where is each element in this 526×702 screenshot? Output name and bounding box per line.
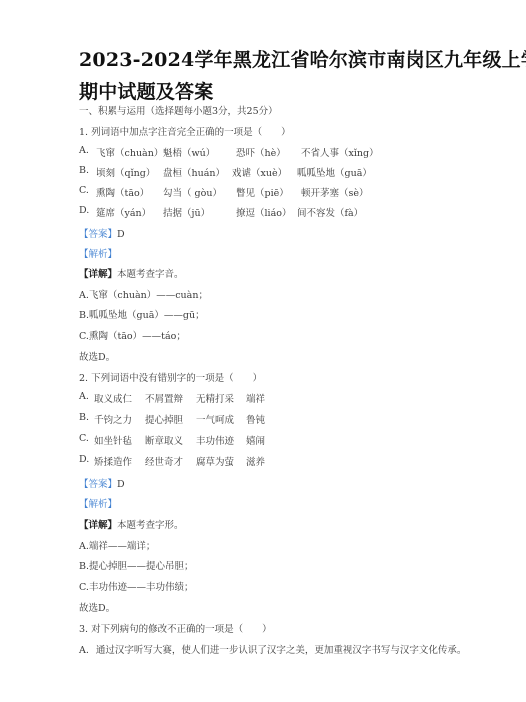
question-1-conclusion: 故选D。 [79,349,115,363]
option-item: 熏陶（tāo） [96,185,149,199]
question-2-answer: 【答案】D [79,476,125,490]
option-item: 提心掉胆 [145,412,183,426]
option-item: 取义成仁 [94,391,132,405]
option-item: 无精打采 [196,391,234,405]
option-label: A. [79,645,89,656]
question-1-answer: 【答案】D [79,226,125,240]
question-1-explanation-a: A.飞窜（chuàn）——cuàn； [79,287,208,301]
option-item: 矫揉造作 [94,454,132,468]
option-item: 丰功伟迹 [196,433,234,447]
detail-text: 本题考查字音。 [117,269,184,280]
question-2-stem: 2. 下列词语中没有错别字的一项是（ ） [79,370,262,384]
option-label: D. [79,454,89,465]
option-item: 嬉闹 [246,433,265,447]
option-label: C. [79,185,89,196]
answer-label: 【答案】 [79,229,117,240]
option-item: 不省人事（xǐng） [301,145,379,159]
question-1-stem: 1. 列词语中加点字注音完全正确的一项是（ ） [79,124,291,138]
option-label: C. [79,433,89,444]
document-title-line-1: 2023-2024学年黑龙江省哈尔滨市南岗区九年级上学期语文 [79,45,526,72]
option-label: A. [79,145,89,156]
option-item: 千钧之力 [94,412,132,426]
option-item: 呱呱坠地（guā） [297,165,372,179]
option-item: 鲁钝 [246,412,265,426]
option-item: 恐吓（hè） [236,145,286,159]
section-heading: 一、积累与运用（选择题每小题3分，共25分） [79,103,278,117]
option-label: B. [79,165,89,176]
question-1-analysis-label: 【解析】 [79,246,117,260]
option-item: 魁梧（wú） [163,145,215,159]
option-item: 腐草为萤 [196,454,234,468]
option-item: 断章取义 [145,433,183,447]
option-text: 通过汉字听写大赛，使人们进一步认识了汉字之美，更加重视汉字书写与汉字文化传承。 [96,645,467,656]
question-2-explanation-c: C.丰功伟迹——丰功伟绩； [79,579,193,593]
question-2-analysis-label: 【解析】 [79,496,117,510]
document-page: 2023-2024学年黑龙江省哈尔滨市南岗区九年级上学期语文 期中试题及答案 一… [0,0,526,702]
question-3-option-a: A. 通过汉字听写大赛，使人们进一步认识了汉字之美，更加重视汉字书写与汉字文化传… [79,642,466,656]
answer-value: D [117,229,125,240]
option-item: 筵席（yán） [96,205,151,219]
option-label: A. [79,391,89,402]
question-2-conclusion: 故选D。 [79,600,115,614]
question-1-detail: 【详解】本题考查字音。 [79,266,184,280]
detail-label: 【详解】 [79,269,117,280]
option-item: 瞥见（piē） [236,185,289,199]
answer-value: D [117,479,125,490]
option-item: 戏谑（xuè） [232,165,287,179]
detail-label: 【详解】 [79,520,117,531]
option-item: 盘桓（huán） [163,165,225,179]
option-item: 勾当（ gòu） [163,185,222,199]
option-label: D. [79,205,89,216]
option-item: 拮据（jū） [163,205,210,219]
option-item: 间不容发（fà） [297,205,363,219]
option-item: 经世奇才 [145,454,183,468]
option-item: 顿开茅塞（sè） [301,185,369,199]
question-3-stem: 3. 对下列病句的修改不正确的一项是（ ） [79,621,272,635]
question-1-explanation-c: C.熏陶（tāo）——táo； [79,328,186,342]
document-title-line-2: 期中试题及答案 [79,77,213,104]
question-2-detail: 【详解】本题考查字形。 [79,517,184,531]
option-label: B. [79,412,89,423]
option-item: 端祥 [246,391,265,405]
detail-text: 本题考查字形。 [117,520,184,531]
answer-label: 【答案】 [79,479,117,490]
option-item: 滋养 [246,454,265,468]
option-item: 一气呵成 [196,412,234,426]
question-1-explanation-b: B.呱呱坠地（guā）——gū； [79,307,205,321]
option-item: 不屑置辩 [145,391,183,405]
option-item: 顷刻（qǐng） [96,165,155,179]
option-item: 撩逗（liáo） [236,205,291,219]
question-2-explanation-b: B.提心掉胆——提心吊胆； [79,558,194,572]
option-item: 飞窜（chuàn） [96,145,163,159]
question-2-explanation-a: A.端祥——端详； [79,538,155,552]
option-item: 如坐针毡 [94,433,132,447]
